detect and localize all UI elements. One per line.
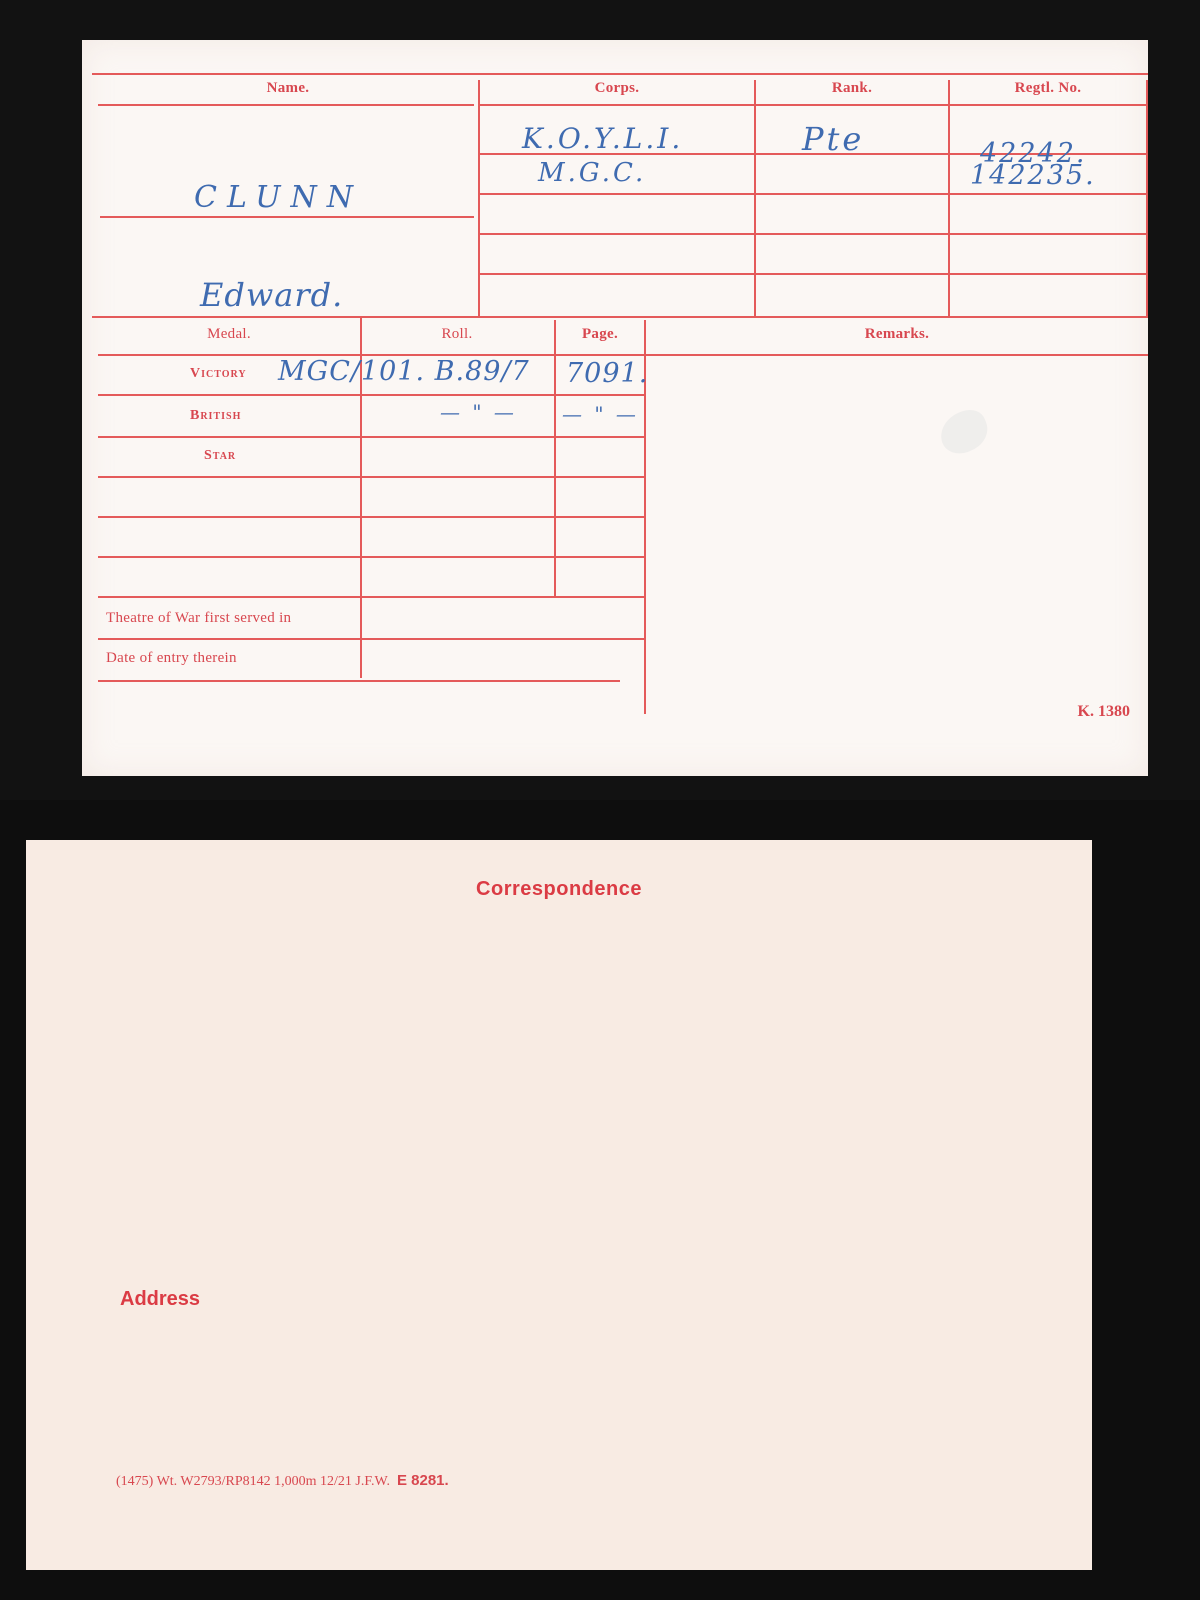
printer-imprint: (1475) Wt. W2793/RP8142 1,000m 12/21 J.F… (116, 1472, 449, 1490)
rule (98, 104, 474, 106)
rule (478, 80, 480, 316)
rule (480, 233, 1148, 235)
rule (754, 80, 756, 316)
rule (98, 354, 1148, 356)
medal-index-card-back: Correspondence Address (1475) Wt. W2793/… (26, 840, 1092, 1570)
rule (480, 273, 1148, 275)
rule (98, 596, 644, 598)
rule (98, 680, 620, 682)
surname-entry: CLUNN (194, 180, 363, 215)
medal-star-label: Star (204, 448, 236, 464)
medal-british-label: British (190, 408, 241, 424)
corps-entry-1: K.O.Y.L.I. (522, 122, 683, 155)
rule (98, 394, 644, 396)
name-header: Name. (98, 80, 478, 97)
medal-header: Medal. (98, 326, 360, 343)
rule (100, 216, 474, 218)
victory-roll-entry: MGC/101. B.89/7 (278, 356, 530, 387)
rule (554, 320, 556, 596)
corps-entry-2: M.G.C. (538, 158, 646, 188)
rule (480, 104, 1148, 106)
victory-page-entry: 7091. (566, 358, 648, 389)
rule (98, 436, 644, 438)
medal-victory-label: Victory (190, 366, 247, 382)
rule (98, 638, 644, 640)
rank-header: Rank. (756, 80, 948, 97)
leaf-watermark-icon (935, 405, 994, 459)
correspondence-label: Correspondence (26, 878, 1092, 901)
british-page-entry: — " — (562, 402, 639, 426)
rank-entry: Pte (802, 120, 864, 158)
forename-entry: Edward. (200, 276, 343, 314)
form-code: K. 1380 (1078, 703, 1130, 721)
theatre-label: Theatre of War first served in (106, 610, 291, 627)
address-label: Address (120, 1288, 200, 1311)
rule (1146, 80, 1148, 316)
remarks-header: Remarks. (646, 326, 1148, 343)
regtl-no-header: Regtl. No. (950, 80, 1146, 97)
corps-header: Corps. (480, 80, 754, 97)
regtl-no-entry-2: 142235. (970, 160, 1096, 191)
rule (480, 193, 1148, 195)
page-header: Page. (556, 326, 644, 343)
medal-index-card-front: Name. Corps. Rank. Regtl. No. CLUNN Edwa… (82, 40, 1148, 776)
rule (98, 476, 644, 478)
rule (98, 516, 644, 518)
rule (98, 556, 644, 558)
british-roll-entry: — " — (440, 400, 517, 424)
rule (92, 316, 1148, 318)
imprint-code: E 8281. (397, 1472, 449, 1489)
date-entry-label: Date of entry therein (106, 650, 237, 667)
roll-header: Roll. (360, 326, 554, 343)
imprint-text: (1475) Wt. W2793/RP8142 1,000m 12/21 J.F… (116, 1474, 390, 1489)
rule (948, 80, 950, 316)
rule (92, 73, 1148, 75)
